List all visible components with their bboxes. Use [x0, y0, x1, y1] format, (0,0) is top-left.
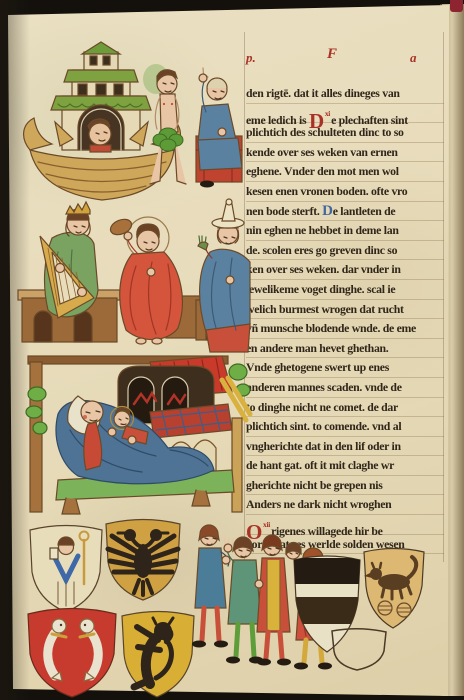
shield-double-eagle	[106, 520, 180, 601]
nativity-scene	[26, 356, 250, 514]
miniatures-layer	[0, 0, 464, 700]
manuscript-photo: p. F a 8 den rigtē. dat it alles dineges…	[0, 0, 464, 700]
shield-bishop	[30, 526, 102, 613]
man-background-head	[286, 543, 301, 560]
man-teal-tunic	[224, 537, 263, 664]
shield-wolf	[364, 549, 424, 629]
ark-scene	[24, 42, 242, 200]
white-hat-man-figure	[196, 199, 250, 352]
man-blue-tunic	[192, 525, 230, 648]
king-david-figure	[18, 202, 120, 342]
shield-lion	[122, 612, 194, 698]
seated-pointing-man-figure	[196, 68, 242, 188]
david-scene	[18, 199, 250, 352]
shield-fish	[28, 609, 116, 698]
